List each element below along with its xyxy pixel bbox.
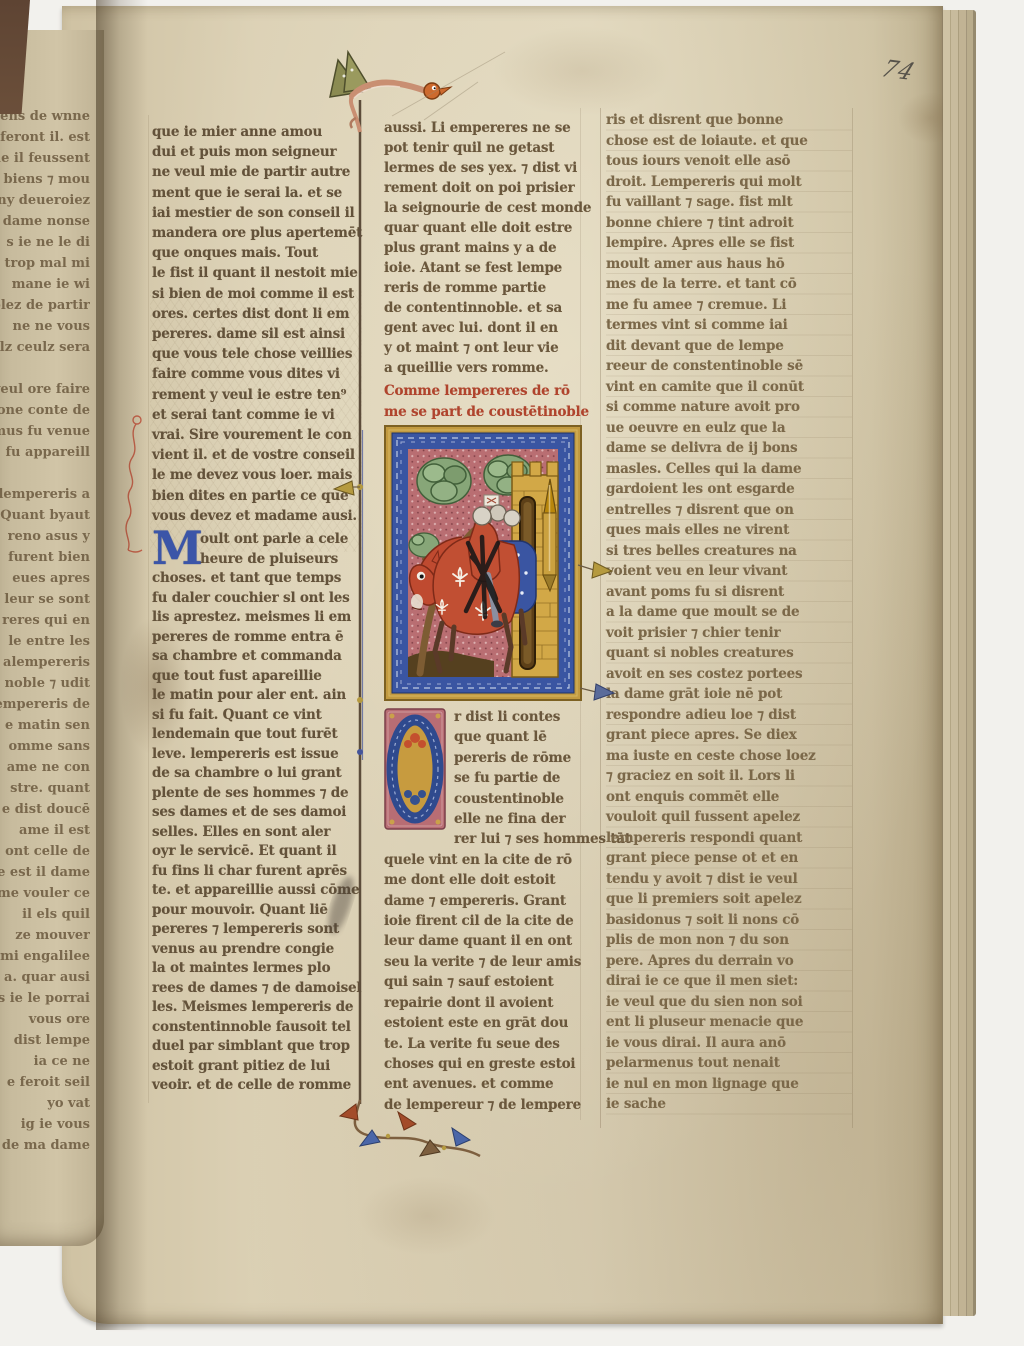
text-line: vint en camite que il conūt	[606, 377, 852, 398]
text-line: estoit grant pitiez de lui	[152, 1057, 362, 1077]
text-line: ris et disrent que bonne	[606, 110, 852, 131]
text-line: pereres. dame sil est ainsi	[152, 324, 362, 344]
text-line: les. Meismes lempereris de	[152, 998, 362, 1018]
text-line: ue oeuvre en eulz que la	[606, 418, 852, 439]
text-line: lempereris de	[0, 694, 90, 715]
paragraph-with-initial: O r dist li contesque quant lēpereris de…	[384, 707, 596, 1115]
text-line: fu appareill	[0, 442, 90, 463]
text-line: bonne chiere ⁊ tint adroit	[606, 213, 852, 234]
text-line	[0, 463, 90, 484]
text-line: ie sache	[606, 1094, 852, 1115]
text-line: de contentinnoble. et sa	[384, 298, 596, 318]
text-line: le matin pour aler ent. ain	[152, 686, 362, 706]
text-line: chose est de loiaute. et que	[606, 131, 852, 152]
text-line: bien dites en partie ce que	[152, 486, 362, 506]
text-line: lz ceulz sera	[0, 337, 90, 358]
text-line: ques mais elles ne virent	[606, 520, 852, 541]
text-line: e dist doucē	[0, 799, 90, 820]
text-line: iai mestier de son conseil il	[152, 203, 362, 223]
text-line: que il feussent	[0, 148, 90, 169]
text-line: noble ⁊ udit	[0, 673, 90, 694]
text-line: ent avenues. et comme	[384, 1074, 596, 1094]
text-line: stre. quant	[0, 778, 90, 799]
text-line: mes de la terre. et tant cō	[606, 274, 852, 295]
text-line: rement y veul ie estre ten⁹	[152, 385, 362, 405]
text-line: ses dames et de ses damoi	[152, 803, 362, 823]
text-line: la ot maintes lermes plo	[152, 959, 362, 979]
text-line: veoir. et de celle de romme	[152, 1076, 362, 1096]
text-line: dit devant que de lempe	[606, 336, 852, 357]
text-line: a la dame que moult se de	[606, 602, 852, 623]
text-line: dame nonse	[0, 211, 90, 232]
text-line: gardoient les ont esgarde	[606, 479, 852, 500]
text-line: lendemain que tout furēt	[152, 725, 362, 745]
text-line: vient il. et de vostre conseil	[152, 445, 362, 465]
text-line: dame ⁊ empereris. Grant	[384, 891, 596, 911]
text-line: ent li pluseur menacie que	[606, 1012, 852, 1033]
text-line: avoit en ses costez portees	[606, 664, 852, 685]
page-scan: 74 que ie mier anne amoudui et puis mon …	[0, 0, 1024, 1346]
text-line: reno asus y	[0, 526, 90, 547]
text-line: vrai. Sire vourement le con	[152, 425, 362, 445]
text-line: ny deueroiez	[0, 190, 90, 211]
text-line: dist lempe	[0, 1030, 90, 1051]
text-line: de sa chambre o lui grant	[152, 764, 362, 784]
text-line: pot tenir quil ne getast	[384, 138, 596, 158]
text-line: me dont elle doit estoit	[384, 870, 596, 890]
text-line: plis de mon non ⁊ du son	[606, 930, 852, 951]
text-line: leve. lempereris est issue	[152, 745, 362, 765]
text-line: ie nul en mon lignage que	[606, 1074, 852, 1095]
text-line: estoient este en grāt dou	[384, 1013, 596, 1033]
text-line: basidonus ⁊ soit li nons cō	[606, 910, 852, 931]
text-line: me se part de coustētinoble	[384, 402, 596, 423]
text-line: repairie dont il avoient	[384, 993, 596, 1013]
text-line: e de ma dame	[0, 1135, 90, 1156]
text-line: s ie le porrai	[0, 988, 90, 1009]
text-line: la seignourie de cest monde	[384, 198, 596, 218]
text-line: et serai tant comme ie vi	[152, 405, 362, 425]
text-line: ame il est	[0, 820, 90, 841]
text-line: e feroit seil	[0, 1072, 90, 1093]
text-line: vous devez et madame ausi.	[152, 506, 362, 526]
text-line: tous iours venoit elle asō	[606, 151, 852, 172]
text-line: ie vous dirai. Il aura anō	[606, 1033, 852, 1054]
text-line: furent bien	[0, 547, 90, 568]
text-line: olez de partir	[0, 295, 90, 316]
text-line: le fist il quant il nestoit mie	[152, 263, 362, 283]
text-line: duel par simblant que trop	[152, 1037, 362, 1057]
previous-page-text: ens de wnneferont il. estque il feussent…	[0, 106, 90, 1156]
text-line	[0, 358, 90, 379]
text-line: avant poms fu si disrent	[606, 582, 852, 603]
text-line: la dame grāt ioie nē pot	[606, 684, 852, 705]
text-line: leur se sont	[0, 589, 90, 610]
text-line: y ot maint ⁊ ont leur vie	[384, 338, 596, 358]
parchment-stain	[357, 1176, 497, 1256]
text-line: quant si nobles creatures	[606, 643, 852, 664]
text-line: grant piece apres. Se diex	[606, 725, 852, 746]
text-line: es biens ⁊ mou	[0, 169, 90, 190]
text-line: ment que ie serai la. et se	[152, 183, 362, 203]
text-line: pereres ⁊ lempereris sont	[152, 920, 362, 940]
text-line: ma iuste en ceste chose loez	[606, 746, 852, 767]
text-line: lempereris a	[0, 484, 90, 505]
text-line: trop mal mi	[0, 253, 90, 274]
text-line: vous ore	[0, 1009, 90, 1030]
text-line: s ie ne le di	[0, 232, 90, 253]
text-line: respondre adieu loe ⁊ dist	[606, 705, 852, 726]
text-line: ne veul mie de partir autre	[152, 162, 362, 182]
text-line: e matin sen	[0, 715, 90, 736]
text-line: si bien de moi comme il est	[152, 284, 362, 304]
text-line: seu la verite ⁊ de leur amis	[384, 952, 596, 972]
text-line: yo vat	[0, 1093, 90, 1114]
text-line: aussi. Li empereres ne se	[384, 118, 596, 138]
text-column-right: ris et disrent que bonnechose est de loi…	[606, 110, 852, 1115]
text-line: ont celle de	[0, 841, 90, 862]
previous-page-edge: ens de wnneferont il. estque il feussent…	[0, 30, 104, 1246]
text-line: lermes de ses yex. ⁊ dist vi	[384, 158, 596, 178]
text-line: dui et puis mon seigneur	[152, 142, 362, 162]
text-line: rement doit on poi prisier	[384, 178, 596, 198]
paragraph: que ie mier anne amoudui et puis mon sei…	[152, 122, 362, 526]
text-line: de lempereur ⁊ de lempere	[384, 1095, 596, 1115]
text-line: ie veul que du sien non soi	[606, 992, 852, 1013]
text-line: a. quar ausi	[0, 967, 90, 988]
text-line: quar quant elle doit estre	[384, 218, 596, 238]
text-line: ia ce ne	[0, 1051, 90, 1072]
illuminated-initial-o: O	[384, 708, 446, 830]
paragraph: oult ont parle a celeheure de pluiseursc…	[152, 530, 362, 1096]
text-line: choses qui en greste estoi	[384, 1054, 596, 1074]
text-line: a queillie vers romme.	[384, 358, 596, 378]
text-line: pelarmenus tout nenait	[606, 1053, 852, 1074]
text-line: faire comme vous dites vi	[152, 364, 362, 384]
text-line: choses. et tant que temps	[152, 569, 362, 589]
text-line: le entre les	[0, 631, 90, 652]
text-line: reris de romme partie	[384, 278, 596, 298]
text-line: dame se delivra de ij bons	[606, 438, 852, 459]
text-line: que vous tele chose veillies	[152, 344, 362, 364]
text-line: si fu fait. Quant ce vint	[152, 706, 362, 726]
text-line: lempereris respondi quant	[606, 828, 852, 849]
text-line: lempire. Apres elle se fist	[606, 233, 852, 254]
text-line: gent avec lui. dont il en	[384, 318, 596, 338]
text-column-center: aussi. Li empereres ne sepot tenir quil …	[384, 118, 596, 1115]
text-line: reeur de constentinoble sē	[606, 356, 852, 377]
text-line: selles. Elles en sont aler	[152, 823, 362, 843]
text-line: ioie firent cil de la cite de	[384, 911, 596, 931]
text-line: que li premiers soit apelez	[606, 889, 852, 910]
paragraph-with-initial: M oult ont parle a celeheure de pluiseur…	[152, 530, 362, 1096]
text-line: voit prisier ⁊ chier tenir	[606, 623, 852, 644]
text-line: Comme lempereres de rō	[384, 381, 596, 402]
text-line: qui sain ⁊ sauf estoient	[384, 972, 596, 992]
paragraph: ris et disrent que bonnechose est de loi…	[606, 110, 852, 1115]
text-line: ioie. Atant se fest lempe	[384, 258, 596, 278]
text-line: que tout fust apareillie	[152, 667, 362, 687]
text-line: masles. Celles qui la dame	[606, 459, 852, 480]
text-line: alempereris	[0, 652, 90, 673]
text-line: fu daler couchier sl ont les	[152, 589, 362, 609]
text-line: vouloit quil fussent apelez	[606, 807, 852, 828]
text-line: entrelles ⁊ disrent que on	[606, 500, 852, 521]
text-line: le me devez vous loer. mais	[152, 465, 362, 485]
text-line: si comme nature avoit pro	[606, 397, 852, 418]
book-fore-edge	[943, 10, 976, 1316]
text-line: ores. certes dist dont li em	[152, 304, 362, 324]
text-line: te. La verite fu seue des	[384, 1034, 596, 1054]
text-line: termes vint si comme iai	[606, 315, 852, 336]
text-line: fu fins li char furent aprēs	[152, 862, 362, 882]
text-line: ⁊ graciez en soit il. Lors li	[606, 766, 852, 787]
text-line: quele vint en la cite de rō	[384, 850, 596, 870]
text-line: Quant byaut	[0, 505, 90, 526]
text-line: mus fu venue	[0, 421, 90, 442]
text-line: nme vouler ce	[0, 883, 90, 904]
text-line: oyr le servicē. Et quant il	[152, 842, 362, 862]
text-line: ne ne vous	[0, 316, 90, 337]
text-line: pour mouvoir. Quant liē	[152, 901, 362, 921]
text-line: sa chambre et commanda	[152, 647, 362, 667]
text-line: le est il dame	[0, 862, 90, 883]
text-line: veul ore faire	[0, 379, 90, 400]
text-line: dirai ie ce que il men siet:	[606, 971, 852, 992]
text-line: que onques mais. Tout	[152, 243, 362, 263]
miniature-knight-and-castle	[384, 425, 582, 701]
text-line: rer lui ⁊ ses hommes tāt	[384, 829, 596, 849]
text-line: te. et appareillie aussi cōme	[152, 881, 362, 901]
text-line: omme sans	[0, 736, 90, 757]
text-column-left: que ie mier anne amoudui et puis mon sei…	[152, 122, 362, 1096]
text-line: leur dame quant il en ont	[384, 931, 596, 951]
text-line: lis aprestez. meismes li em	[152, 608, 362, 628]
rubric-heading: Comme lempereres de rōme se part de cous…	[384, 381, 596, 422]
text-line: plus grant mains y a de	[384, 238, 596, 258]
text-line: rees de dames ⁊ de damoisel	[152, 979, 362, 999]
paragraph: aussi. Li empereres ne sepot tenir quil …	[384, 118, 596, 378]
text-line: fu vaillant ⁊ sage. fist mlt	[606, 192, 852, 213]
text-line: ig ie vous	[0, 1114, 90, 1135]
text-line: ont enquis commēt elle	[606, 787, 852, 808]
text-line: constentinnoble fausoit tel	[152, 1018, 362, 1038]
text-line: ze mouver	[0, 925, 90, 946]
text-line: que ie mier anne amou	[152, 122, 362, 142]
text-line: droit. Lempereris qui molt	[606, 172, 852, 193]
text-line: ame ne con	[0, 757, 90, 778]
illuminated-initial-m: M	[152, 528, 198, 568]
tree-icon	[417, 458, 471, 504]
text-line: venus au prendre congie	[152, 940, 362, 960]
text-line: moult amer aus haus hō	[606, 254, 852, 275]
parchment-stain	[492, 26, 672, 116]
text-line: eues apres	[0, 568, 90, 589]
text-line: ami engalilee	[0, 946, 90, 967]
text-line: grant piece pense ot et en	[606, 848, 852, 869]
text-line: mandera ore plus apertemēt	[152, 223, 362, 243]
text-line: si tres belles creatures na	[606, 541, 852, 562]
text-line: pere. Apres du derrain vo	[606, 951, 852, 972]
text-line: me fu amee ⁊ cremue. Li	[606, 295, 852, 316]
text-line: il els quil	[0, 904, 90, 925]
text-line: mane ie wi	[0, 274, 90, 295]
text-line: voient veu en leur vivant	[606, 561, 852, 582]
text-line: feront il. est	[0, 127, 90, 148]
text-line: one conte de	[0, 400, 90, 421]
text-line: plente de ses hommes ⁊ de	[152, 784, 362, 804]
text-line: tendu y avoit ⁊ dist ie veul	[606, 869, 852, 890]
text-line: pereres de romme entra ē	[152, 628, 362, 648]
text-line: reres qui en	[0, 610, 90, 631]
